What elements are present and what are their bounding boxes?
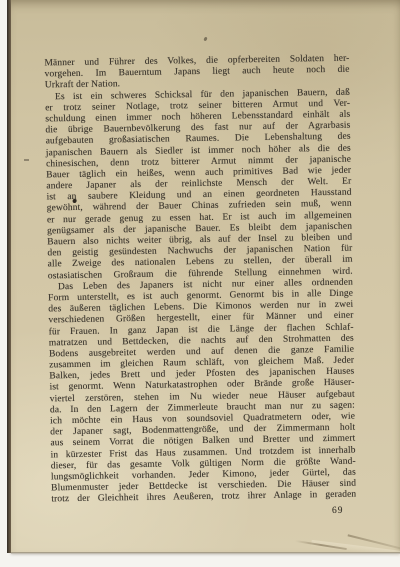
paragraphs-container: Männer und Führer des Volkes, die opferb… — [44, 54, 356, 506]
paper-bottom-edge — [11, 552, 400, 554]
scan-speck — [24, 159, 29, 161]
scanned-book-page: Männer und Führer des Volkes, die opferb… — [0, 0, 400, 567]
scan-speck — [203, 37, 207, 42]
paragraph: Männer und Führer des Volkes, die opferb… — [44, 54, 349, 92]
page-number: 69 — [51, 505, 356, 521]
paragraph: Es ist ein schweres Schicksal für den ja… — [45, 87, 353, 282]
text-column: Männer und Führer des Volkes, die opferb… — [44, 54, 356, 521]
paragraph: Das Leben des Japaners ist nicht nur ein… — [48, 277, 356, 506]
corner-fold-highlight — [311, 540, 400, 559]
paper-sheet: Männer und Führer des Volkes, die opferb… — [11, 0, 400, 552]
